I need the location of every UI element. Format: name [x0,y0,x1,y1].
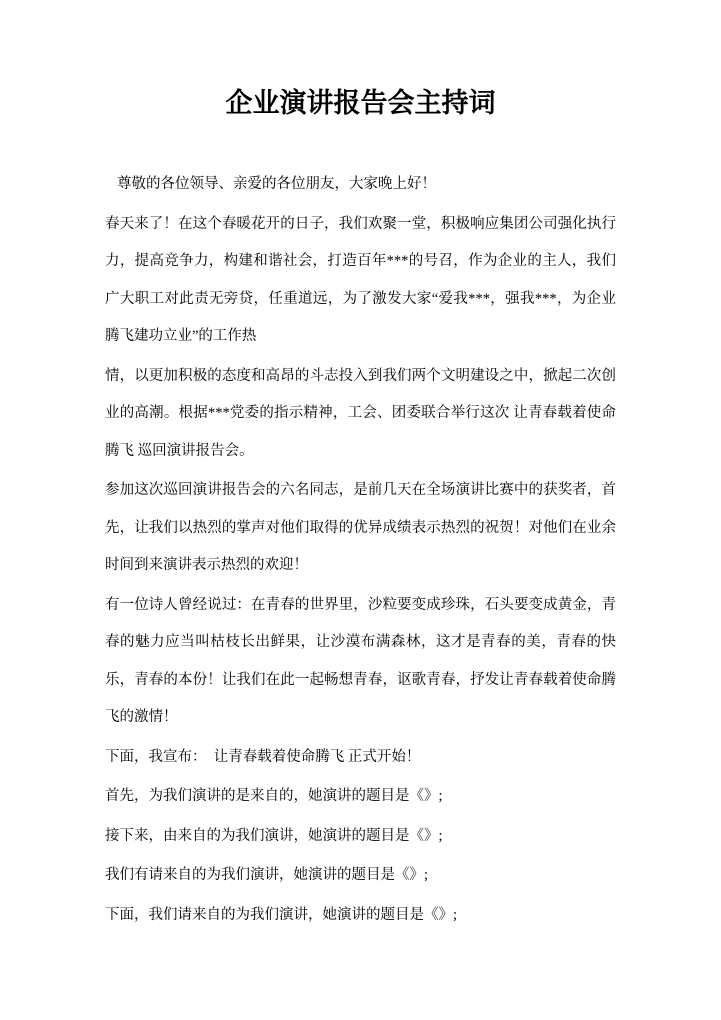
paragraph: 下面，我宣布： 让青春载着使命腾飞 正式开始！ [105,739,616,777]
paragraph: 接下来，由来自的为我们演讲，她演讲的题目是《》; [105,818,616,856]
paragraph: 参加这次巡回演讲报告会的六名同志，是前几天在全场演讲比赛中的获奖者，首先，让我们… [105,472,616,585]
paragraph: 下面，我们请来自的为我们演讲，她演讲的题目是《》; [105,897,616,935]
document-body: 尊敬的各位领导、亲爱的各位朋友，大家晚上好！春天来了！在这个春暖花开的日子，我们… [105,166,616,934]
paragraph: 我们有请来自的为我们演讲，她演讲的题目是《》; [105,857,616,895]
document-title: 企业演讲报告会主持词 [105,84,616,122]
paragraph: 情，以更加积极的态度和高昂的斗志投入到我们两个文明建设之中，掀起二次创业的高潮。… [105,358,616,471]
document-page: 企业演讲报告会主持词 尊敬的各位领导、亲爱的各位朋友，大家晚上好！春天来了！在这… [0,0,721,1020]
paragraph: 尊敬的各位领导、亲爱的各位朋友，大家晚上好！ [105,166,616,204]
paragraph: 首先，为我们演讲的是来自的，她演讲的题目是《》; [105,778,616,816]
paragraph: 有一位诗人曾经说过：在青春的世界里，沙粒要变成珍珠，石头要变成黄金，青春的魅力应… [105,587,616,737]
paragraph: 春天来了！在这个春暖花开的日子，我们欢聚一堂，积极响应集团公司强化执行力，提高竞… [105,206,616,356]
